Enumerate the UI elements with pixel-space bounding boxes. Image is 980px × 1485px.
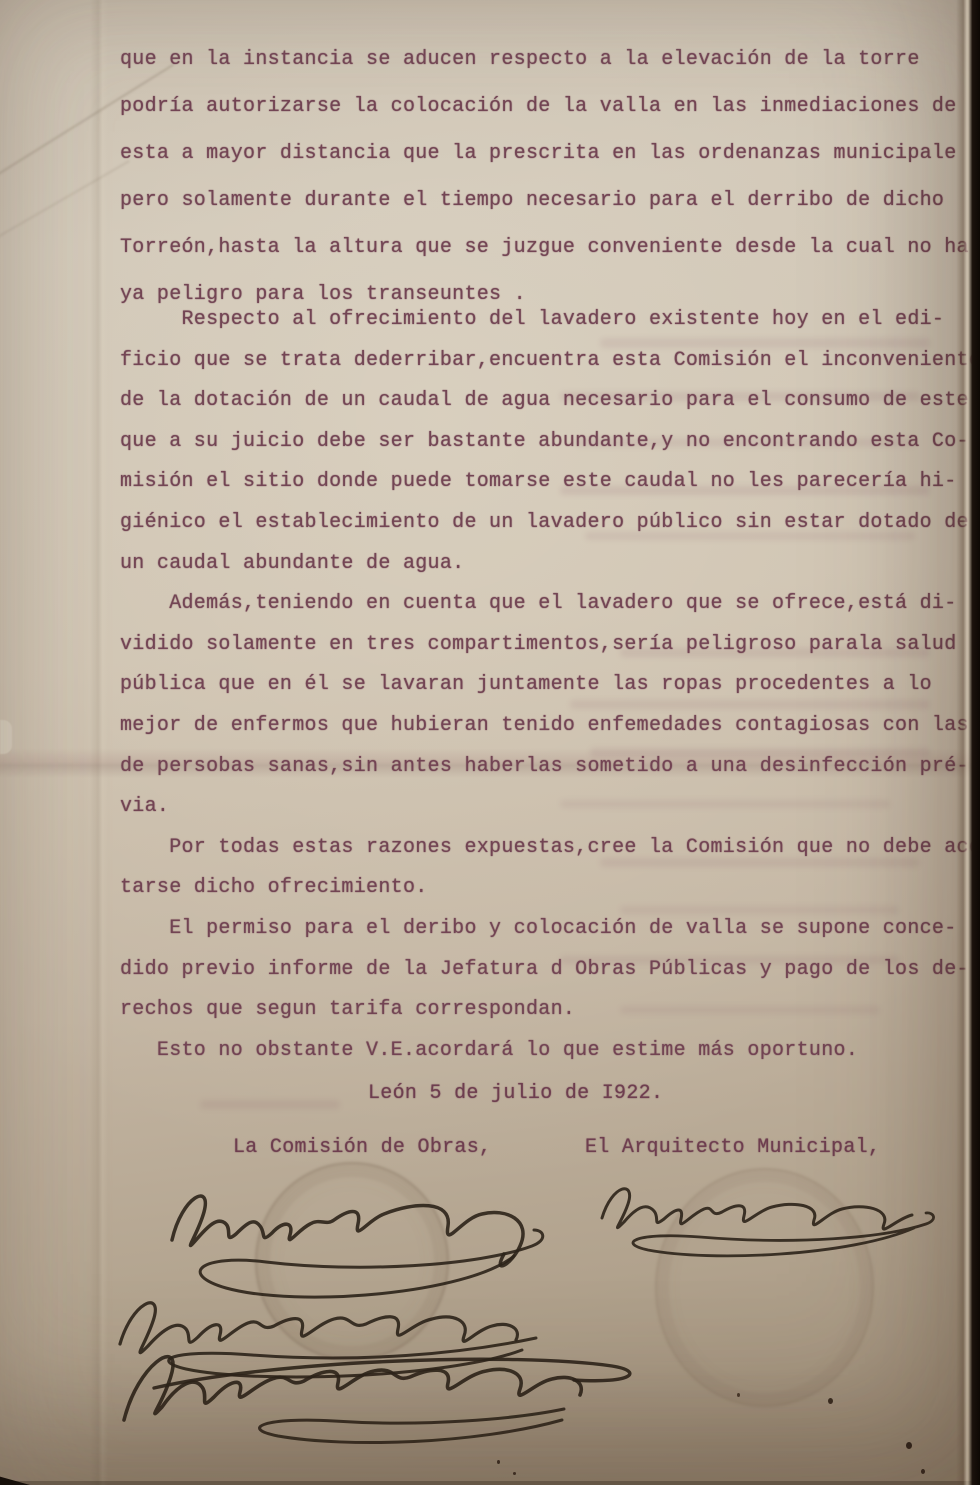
typed-line: ficio que se trata dederribar,encuentra … [120, 341, 980, 382]
typed-line: via. [120, 787, 980, 828]
typed-line: que en la instancia se aducen respecto a… [120, 36, 980, 83]
signature-stroke [582, 1160, 942, 1270]
typed-line: que a su juicio debe ser bastante abunda… [120, 422, 980, 463]
left-signatory-title: La Comisión de Obras, [233, 1136, 491, 1159]
typed-line: Respecto al ofrecimiento del lavadero ex… [120, 300, 980, 341]
typed-line: podría autorizarse la colocación de la v… [120, 83, 980, 130]
signature-francisco-canal [96, 1322, 656, 1452]
signature-stroke [96, 1322, 656, 1452]
date-line: León 5 de julio de I922. [368, 1082, 663, 1105]
corner-crease-line [0, 160, 130, 242]
typewritten-paragraphs: Respecto al ofrecimiento del lavadero ex… [120, 300, 980, 1071]
typed-line: mejor de enfermos que hubieran tenido en… [120, 706, 980, 747]
typed-line: El permiso para el deribo y colocación d… [120, 909, 980, 950]
typed-line: tarse dicho ofrecimiento. [120, 868, 980, 909]
paper-tear-mark [0, 720, 12, 754]
typed-line: Torreón,hasta la altura que se juzgue co… [120, 224, 980, 271]
paper-sheet: que en la instancia se aducen respecto a… [0, 0, 980, 1485]
typed-line: pero solamente durante el tiempo necesar… [120, 177, 980, 224]
typed-line: Por todas estas razones expuestas,cree l… [120, 828, 980, 869]
ink-speck [737, 1393, 740, 1397]
ink-speck [497, 1460, 500, 1464]
typed-line: misión el sitio donde puede tomarse este… [120, 462, 980, 503]
typed-line: Además,teniendo en cuenta que el lavader… [120, 584, 980, 625]
vertical-fold-crease [90, 0, 108, 1485]
typed-line: giénico el establecimiento de un lavader… [120, 503, 980, 544]
right-signatory-title: El Arquitecto Municipal, [585, 1136, 880, 1159]
typed-line: vidido solamente en tres compartimentos,… [120, 625, 980, 666]
ink-speck [906, 1442, 912, 1449]
bleedthrough-line [200, 1100, 340, 1109]
typed-line: un caudal abundante de agua. [120, 544, 980, 585]
typed-line: esta a mayor distancia que la prescrita … [120, 130, 980, 177]
typed-line: rechos que segun tarifa correspondan. [120, 990, 980, 1031]
typed-line: dido previo informe de la Jefatura d Obr… [120, 950, 980, 991]
typed-line: pública que en él se lavaran juntamente … [120, 665, 980, 706]
ink-speck [921, 1469, 925, 1474]
photo-edge-bottom [0, 1481, 980, 1485]
photo-edge-right [956, 0, 980, 1485]
typed-line: Esto no obstante V.E.acordará lo que est… [120, 1031, 980, 1072]
document-photo: que en la instancia se aducen respecto a… [0, 0, 980, 1485]
typed-line: de persobas sanas,sin antes haberlas som… [120, 747, 980, 788]
typed-line: de la dotación de un caudal de agua nece… [120, 381, 980, 422]
signature-arquitecto-municipal [582, 1160, 942, 1270]
ink-speck [513, 1472, 516, 1475]
typewritten-paragraph: que en la instancia se aducen respecto a… [120, 36, 980, 318]
ink-speck [828, 1398, 833, 1404]
